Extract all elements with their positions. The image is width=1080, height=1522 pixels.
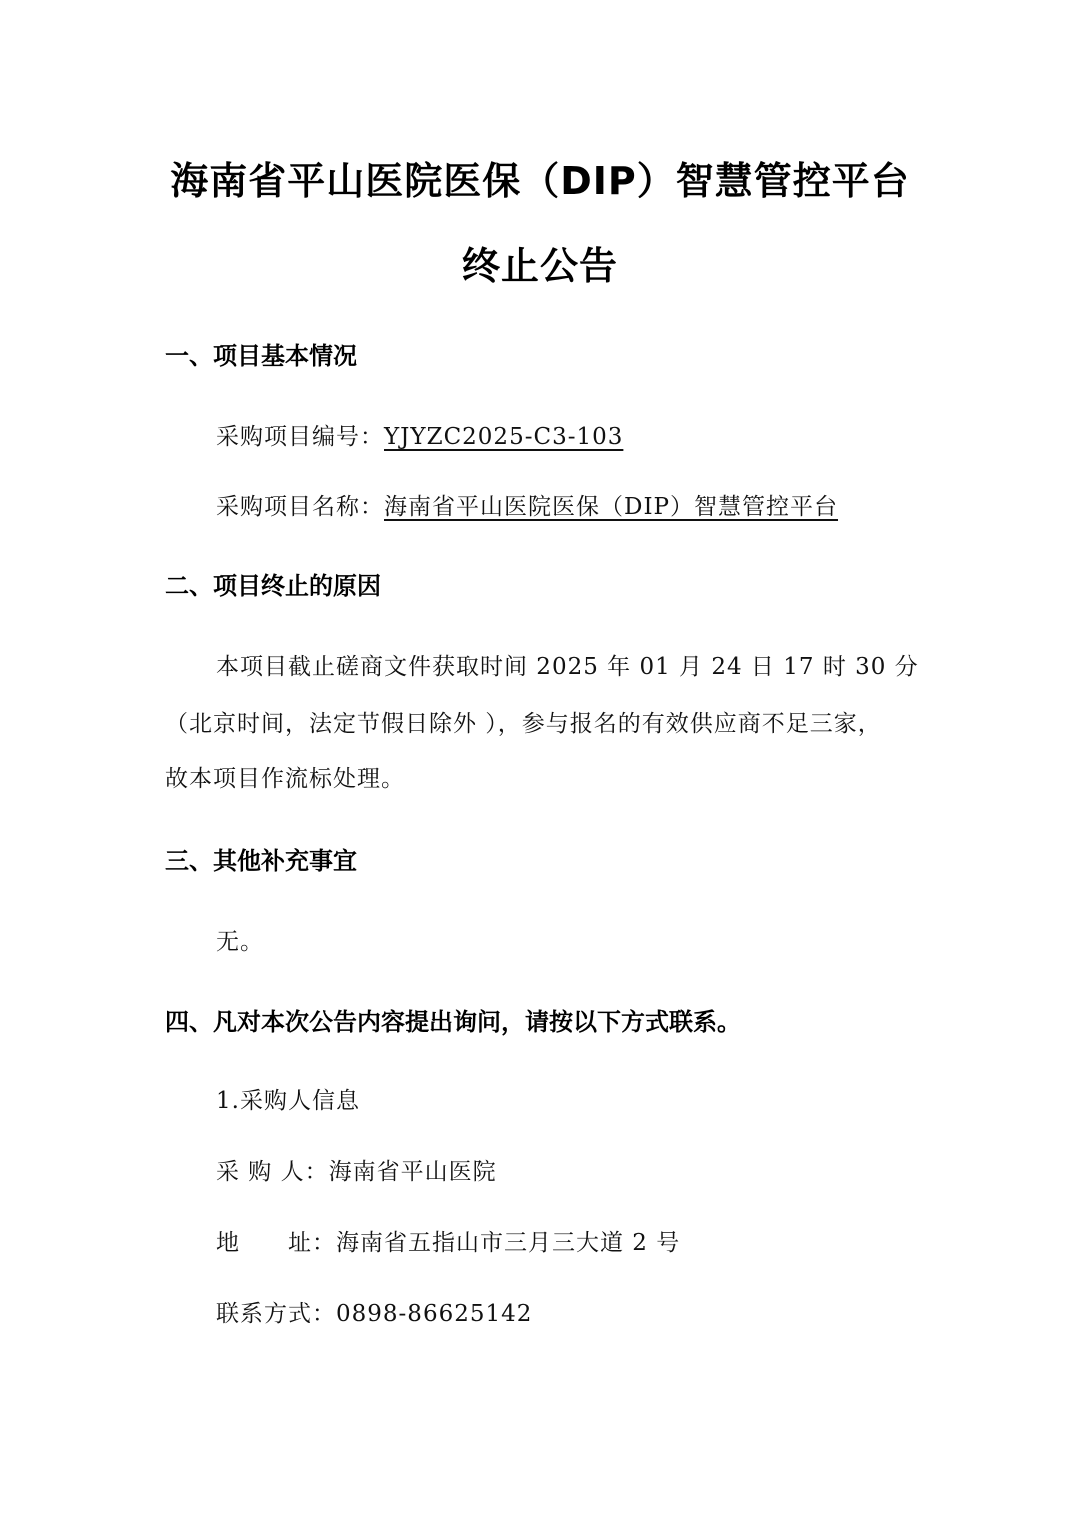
- purchaser-info-subheading: 1.采购人信息: [216, 1082, 360, 1115]
- section-heading-other-matters: 三、其他补充事宜: [165, 841, 357, 876]
- purchaser-value: 海南省平山医院: [329, 1159, 497, 1185]
- section-heading-termination-reason: 二、项目终止的原因: [165, 566, 381, 601]
- project-number-value: YJYZC2025-C3-103: [384, 424, 623, 450]
- project-number-row: 采购项目编号：YJYZC2025-C3-103: [216, 418, 623, 451]
- reason-paragraph-line2: （北京时间，法定节假日除外 ），参与报名的有效供应商不足三家，: [165, 705, 882, 738]
- document-title-line1: 海南省平山医院医保（DIP）智慧管控平台: [0, 150, 1080, 205]
- contact-label: 联系方式：: [216, 1301, 336, 1327]
- contact-phone-value: 0898-86625142: [336, 1301, 532, 1327]
- project-name-row: 采购项目名称：海南省平山医院医保（DIP）智慧管控平台: [216, 488, 838, 521]
- section-heading-contact: 四、凡对本次公告内容提出询问，请按以下方式联系。: [165, 1002, 741, 1037]
- project-number-label: 采购项目编号：: [216, 424, 384, 450]
- purchaser-row: 采 购 人：海南省平山医院: [216, 1153, 497, 1186]
- address-label: 地 址：: [216, 1230, 336, 1256]
- purchaser-label: 采 购 人：: [216, 1159, 329, 1185]
- project-name-value: 海南省平山医院医保（DIP）智慧管控平台: [384, 494, 838, 520]
- address-row: 地 址：海南省五指山市三月三大道 2 号: [216, 1224, 680, 1257]
- reason-paragraph-line3: 故本项目作流标处理。: [165, 760, 405, 793]
- project-name-label: 采购项目名称：: [216, 494, 384, 520]
- other-matters-text: 无。: [216, 923, 264, 956]
- address-value: 海南省五指山市三月三大道 2 号: [336, 1230, 680, 1256]
- reason-paragraph-line1: 本项目截止磋商文件获取时间 2025 年 01 月 24 日 17 时 30 分: [216, 648, 919, 681]
- contact-row: 联系方式：0898-86625142: [216, 1295, 532, 1328]
- section-heading-basic-info: 一、项目基本情况: [165, 336, 357, 371]
- document-title-line2: 终止公告: [0, 235, 1080, 290]
